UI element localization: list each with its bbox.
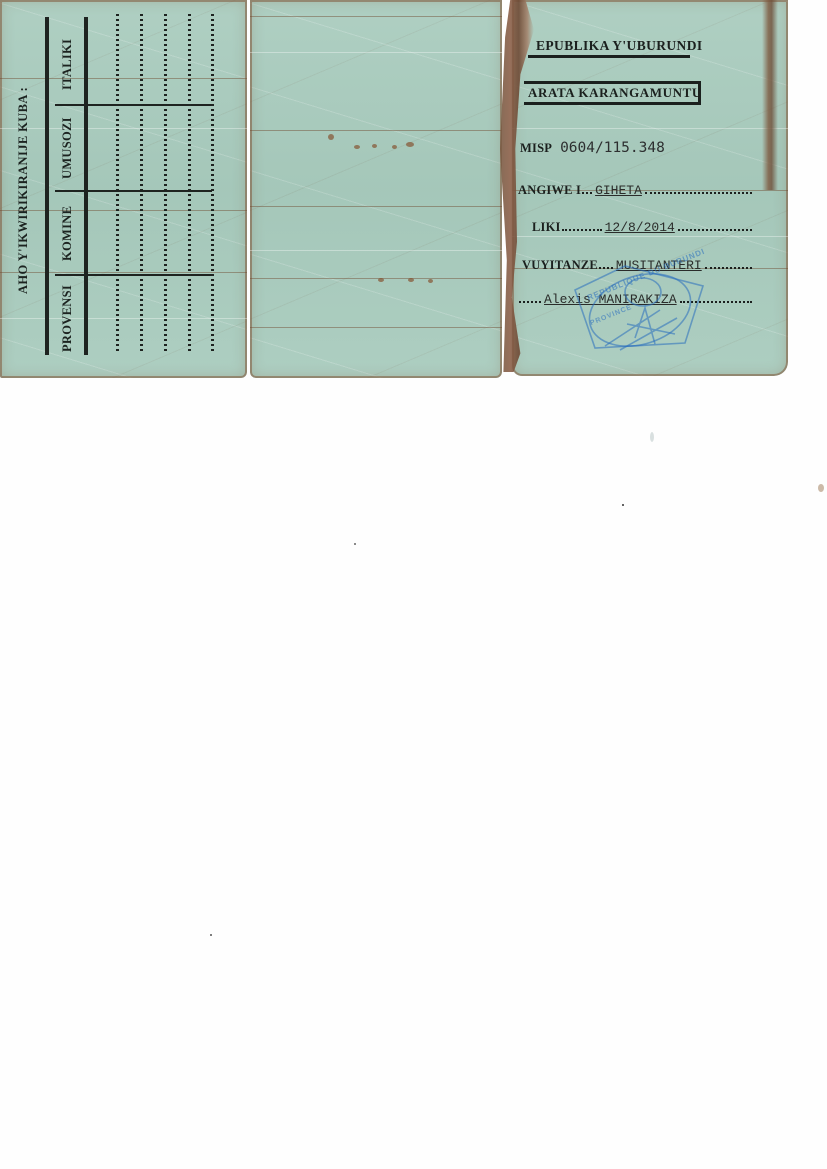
card-panel-left: AHO Y'IKWIRIKIRANIJE KUBA : PROVENSI KOM… [0, 0, 247, 378]
field-date: LIKI 12/8/2014 [518, 219, 753, 235]
rust-stain [408, 278, 414, 282]
card-panel-middle [250, 0, 502, 378]
fold-crease [250, 130, 502, 131]
dotted-line [599, 257, 613, 269]
dotted-line [645, 182, 752, 194]
scanned-page: AHO Y'IKWIRIKIRANIJE KUBA : PROVENSI KOM… [0, 0, 827, 1169]
fold-crease [250, 327, 502, 328]
dotted-line [705, 257, 752, 269]
scan-speck [622, 504, 624, 506]
dotted-entry-line [116, 14, 119, 354]
field-label: MISP [518, 141, 552, 156]
residence-form: AHO Y'IKWIRIKIRANIJE KUBA : PROVENSI KOM… [0, 0, 247, 378]
dotted-line [680, 291, 752, 303]
edge-stain [762, 0, 778, 190]
field-issuer: VUYITANZE MUSITANTERI [518, 257, 753, 273]
dotted-entry-line [211, 14, 214, 354]
rust-stain [392, 145, 397, 149]
scan-speck [210, 934, 212, 936]
card-country-header: EPUBLIKA Y'UBURUNDI [536, 38, 703, 54]
header-underline [528, 55, 690, 58]
scan-speck [650, 432, 654, 442]
field-value-issuer: MUSITANTERI [614, 258, 704, 273]
column-umusozi: UMUSOZI [60, 108, 82, 188]
field-label: ANGIWE I [518, 183, 581, 198]
form-title: AHO Y'IKWIRIKIRANIJE KUBA : [8, 40, 38, 340]
column-italiki: ITALIKI [60, 28, 82, 100]
field-value-place: GIHETA [593, 183, 644, 198]
fold-crease [512, 128, 788, 129]
scan-speck [818, 484, 824, 492]
field-value-signatory: Alexis MANIRAKIZA [542, 292, 679, 307]
card-title: ARATA KARANGAMUNTU [524, 81, 701, 105]
dotted-line [678, 219, 752, 231]
rust-stain [354, 145, 360, 149]
dotted-entry-line [164, 14, 167, 354]
field-label: VUYITANZE [518, 258, 598, 273]
fold-crease [250, 52, 502, 53]
form-rule [84, 17, 88, 355]
dotted-line [582, 182, 592, 194]
field-issuer-name: Alexis MANIRAKIZA [518, 291, 753, 307]
field-misp: MISP 0604/115.348 [518, 140, 753, 156]
rust-stain [372, 144, 377, 148]
fold-crease [250, 16, 502, 17]
dotted-line [562, 219, 602, 231]
column-komine: KOMINE [60, 196, 82, 270]
fold-crease [512, 236, 788, 237]
form-rule [45, 17, 49, 355]
scan-speck [354, 543, 356, 545]
field-label: LIKI [518, 220, 561, 235]
fold-crease [250, 278, 502, 279]
field-issued-at: ANGIWE I GIHETA [518, 182, 753, 198]
dotted-entry-line [140, 14, 143, 354]
fold-crease [250, 250, 502, 251]
field-value-date: 12/8/2014 [603, 220, 677, 235]
rust-stain [428, 279, 433, 283]
rust-stain [328, 134, 334, 140]
column-provensi: PROVENSI [60, 284, 82, 354]
rust-stain [406, 142, 414, 147]
rust-stain [378, 278, 384, 282]
dotted-entry-line [188, 14, 191, 354]
dotted-line [519, 291, 541, 303]
fold-crease [250, 206, 502, 207]
field-value-misp: 0604/115.348 [552, 140, 667, 156]
